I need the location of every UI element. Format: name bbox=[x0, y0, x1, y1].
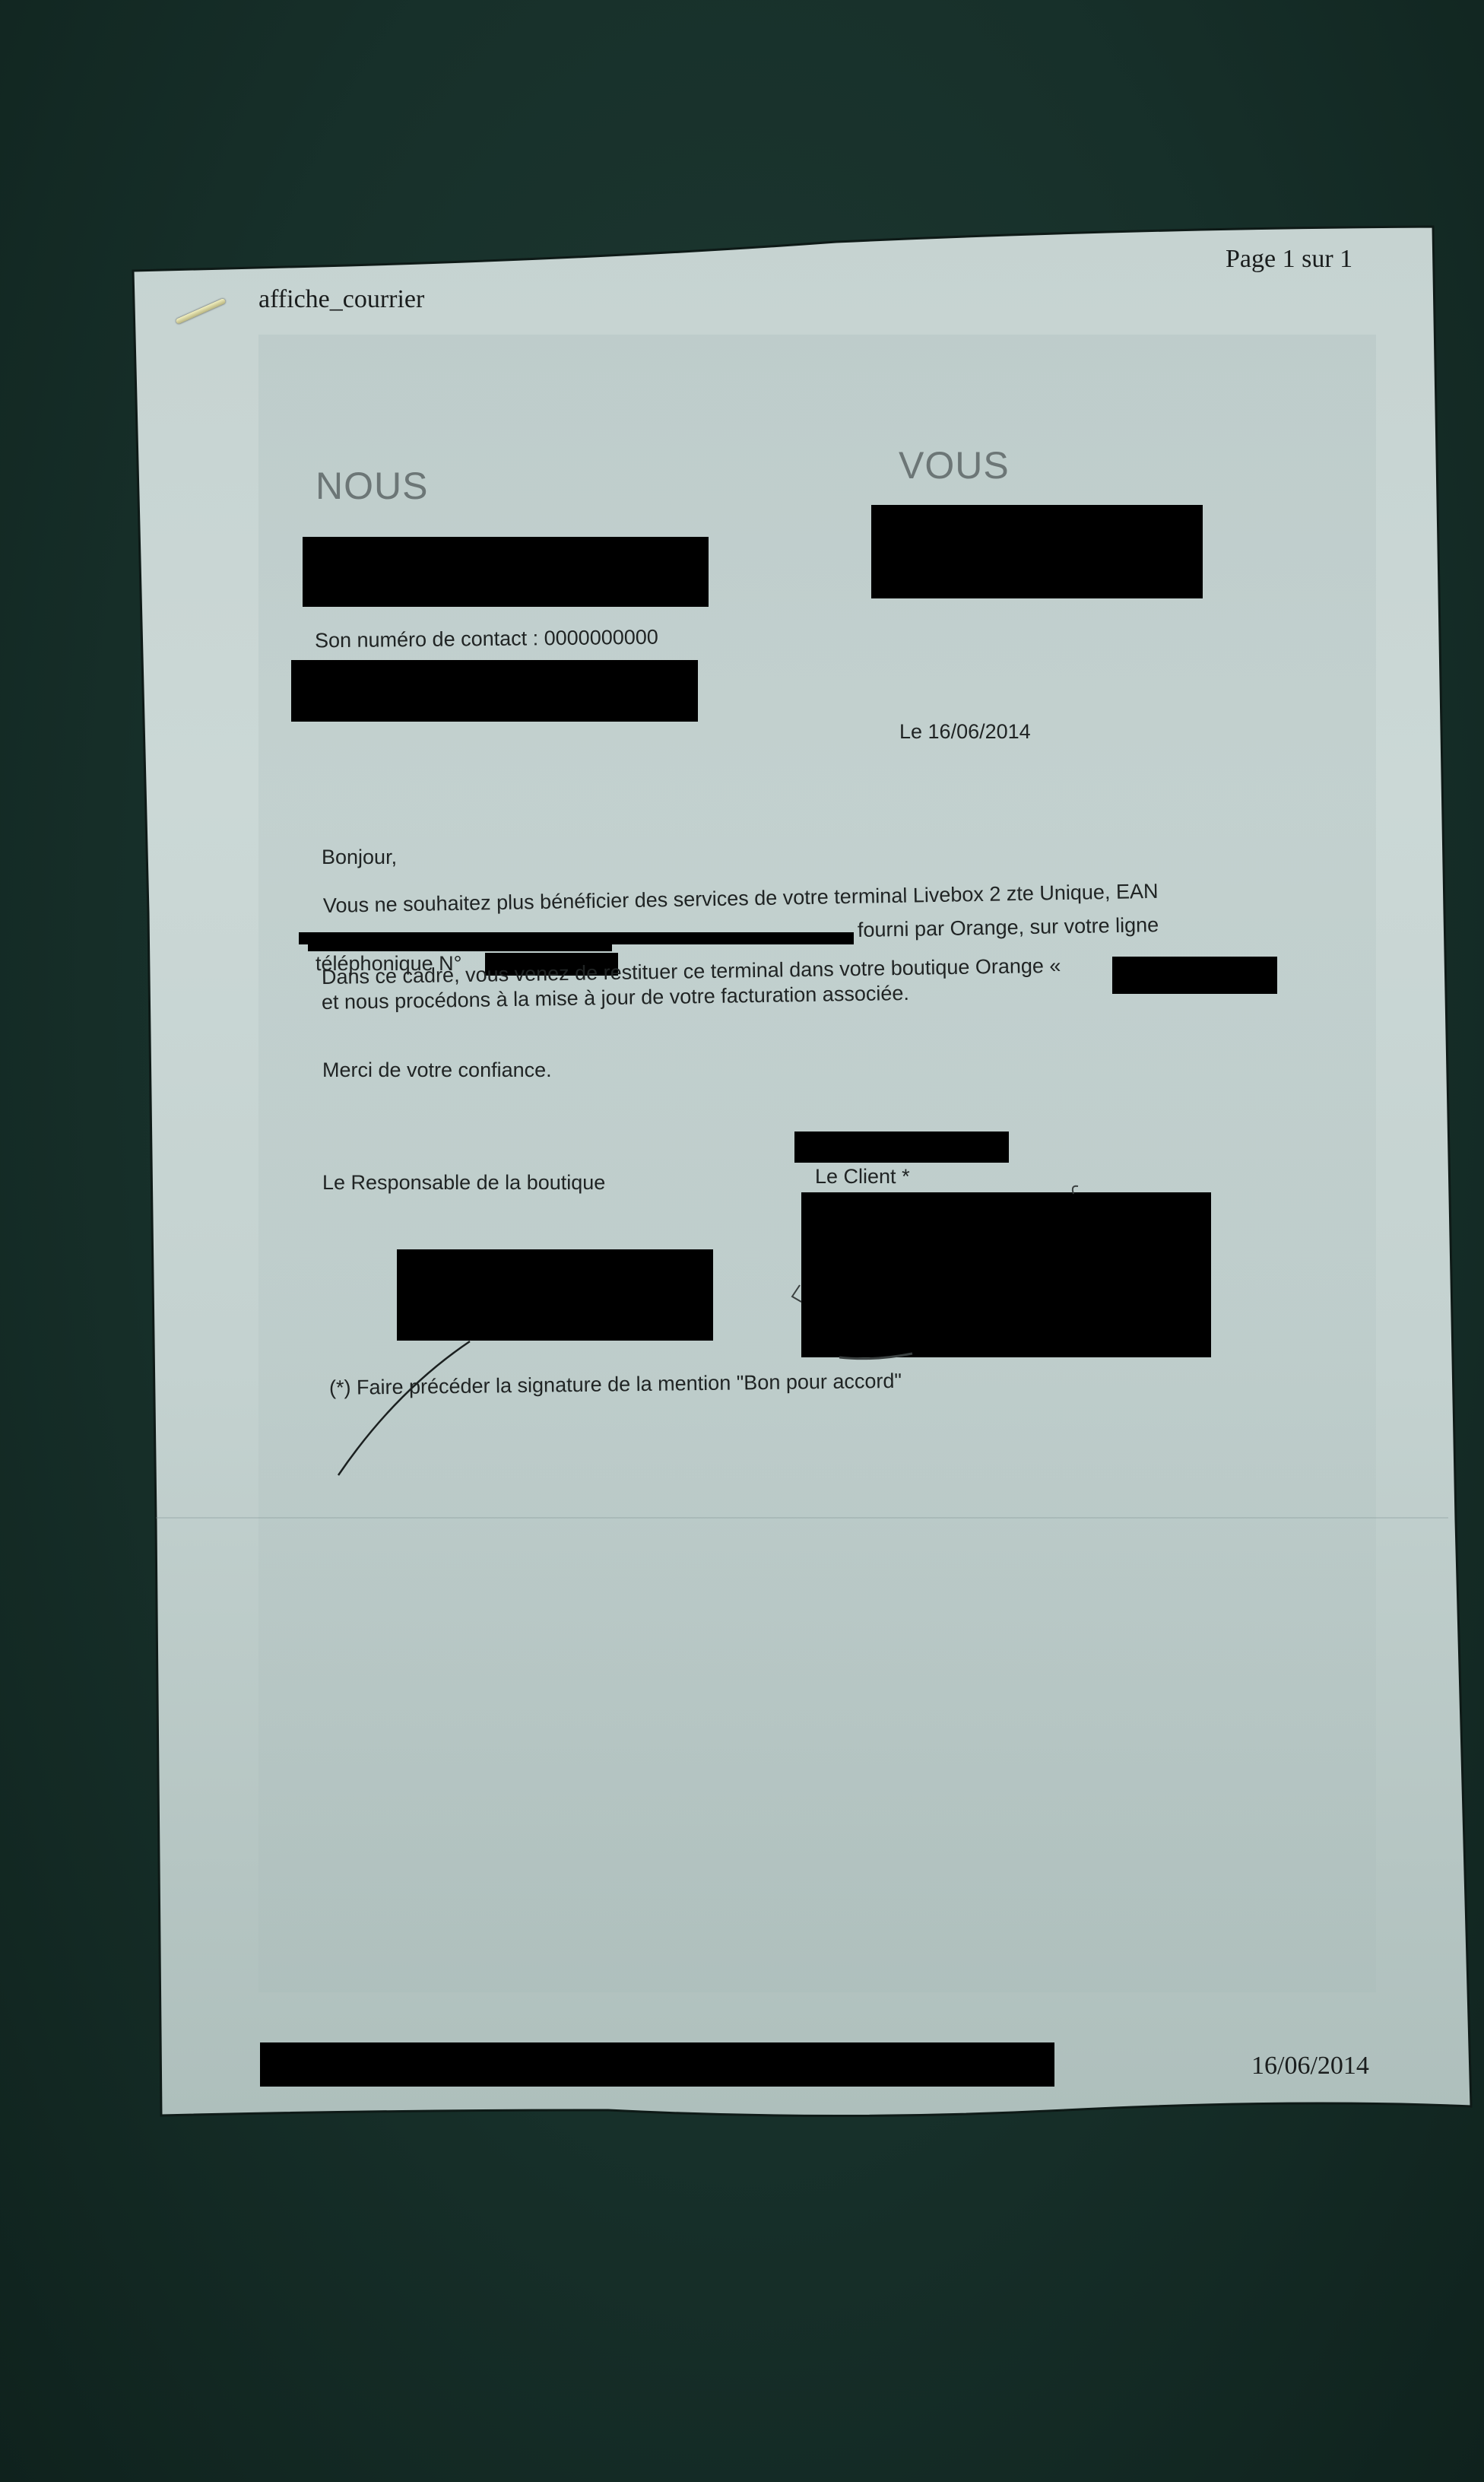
footer-date: 16/06/2014 bbox=[1251, 2052, 1369, 2080]
letter-page: affiche_courrier Page 1 sur 1 NOUS VOUS … bbox=[0, 0, 1484, 2482]
handwritten-signature-stroke bbox=[0, 0, 1484, 2482]
redacted-footer-url bbox=[260, 2042, 1054, 2087]
